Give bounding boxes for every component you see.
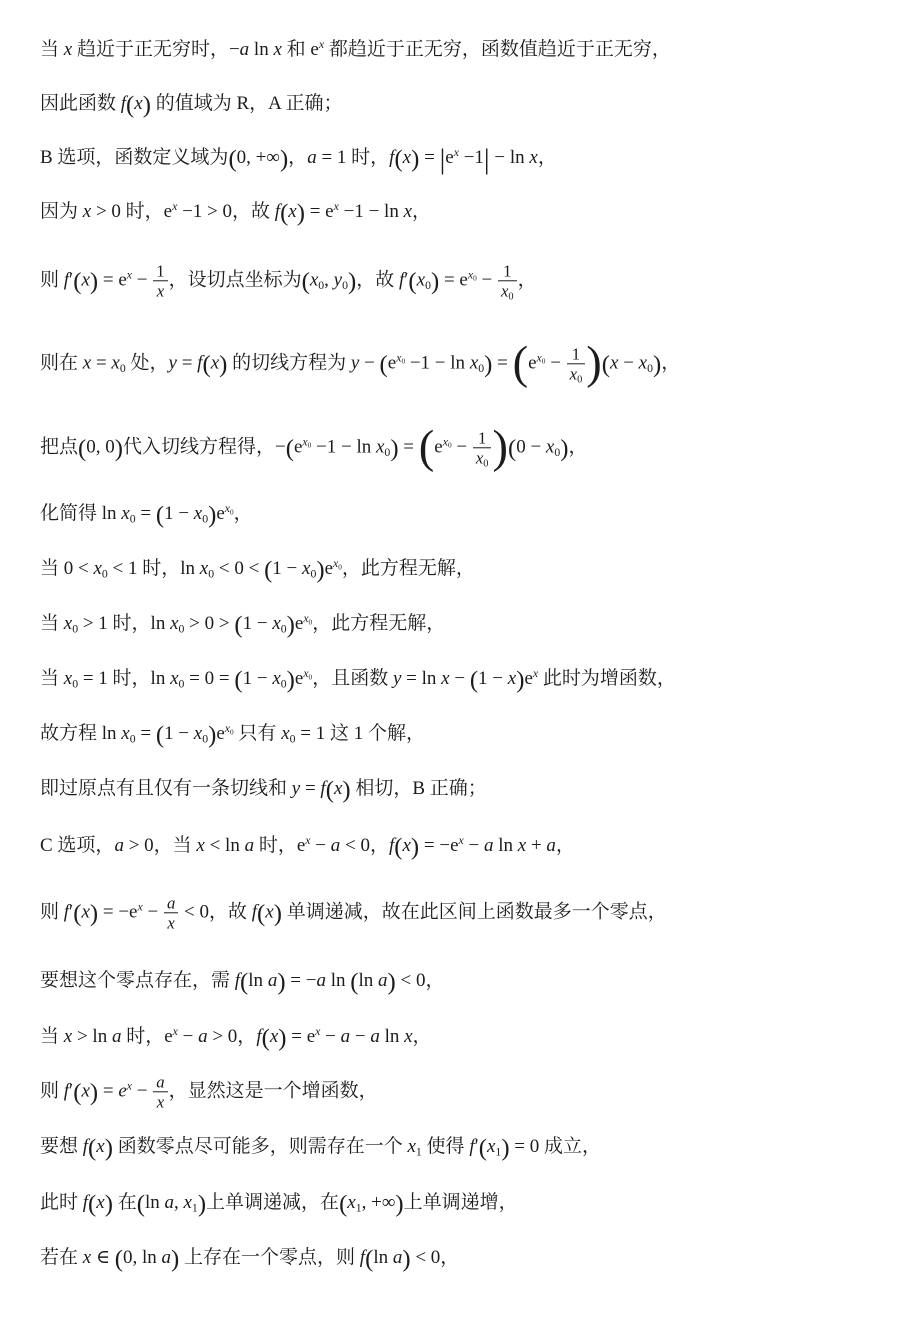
math-variable: a <box>240 39 250 60</box>
text-fragment: e <box>325 558 333 579</box>
text-fragment: < 0， <box>411 1247 460 1268</box>
superscript: x0 <box>225 722 234 735</box>
text-fragment: 当 <box>40 668 64 689</box>
math-variable: x <box>508 668 516 689</box>
math-variable: x <box>404 1026 412 1047</box>
paren: ) <box>395 1191 403 1218</box>
text-line: 因为 x > 0 时，ex −1 > 0，故 f(x) = ex −1 − ln… <box>40 200 431 224</box>
math-variable: x <box>96 1192 104 1213</box>
text-line: C 选项，a > 0，当 x < ln a 时，ex − a < 0，f(x) … <box>40 834 575 858</box>
text-line: 则 f′(x) = ex − 1x，设切点坐标为(x0, y0)，故 f′(x0… <box>40 261 537 300</box>
text-fragment: 的值域为 R，A 正确； <box>151 93 343 114</box>
math-variable: a <box>378 970 388 991</box>
text-fragment: 故方程 ln <box>40 723 121 744</box>
text-fragment: 0 <box>508 292 513 303</box>
math-variable: x <box>64 613 72 634</box>
math-variable: x <box>64 39 72 60</box>
math-variable: x <box>407 1136 415 1157</box>
paren: ( <box>380 351 388 378</box>
math-variable: x <box>64 1026 72 1047</box>
text-fragment: 时，e <box>121 1026 172 1047</box>
paren: ) <box>198 1191 206 1218</box>
text-line: 即过原点有且仅有一条切线和 y = f(x) 相切，B 正确； <box>40 777 487 801</box>
text-fragment: 则 <box>40 269 64 290</box>
text-fragment: ，此方程无解， <box>312 613 445 634</box>
text-fragment: = 1 这 1 个解， <box>296 723 425 744</box>
math-variable: x <box>272 613 280 634</box>
text-fragment: 相切，B 正确； <box>351 778 487 799</box>
text-fragment: 处， <box>126 352 169 373</box>
paren: ) <box>280 146 288 173</box>
math-variable: a <box>114 835 124 856</box>
math-variable: x <box>518 835 526 856</box>
math-variable: x <box>121 503 129 524</box>
text-line: 把点(0, 0)代入切线方程得，−(ex0 −1 − ln x0) = (ex0… <box>40 428 587 467</box>
text-fragment: 函数零点尽可能多，则需存在一个 <box>113 1136 408 1157</box>
text-fragment: + <box>526 835 546 856</box>
math-variable: x <box>402 835 410 856</box>
text-fragment: 0 <box>483 459 488 470</box>
math-variable: x <box>404 201 412 222</box>
text-fragment: < 0， <box>340 835 389 856</box>
math-variable: x <box>403 147 411 168</box>
text-fragment: − <box>450 668 470 689</box>
text-fragment: − <box>143 901 163 922</box>
text-fragment: 则 <box>40 1080 64 1101</box>
paren: ) <box>348 268 356 295</box>
math-variable: a <box>198 1026 208 1047</box>
text-fragment: = e <box>439 269 468 290</box>
text-fragment: − <box>452 436 472 457</box>
math-variable: y <box>334 269 342 290</box>
text-fragment: 因为 <box>40 201 83 222</box>
paren: ( <box>202 351 210 378</box>
paren: ) <box>287 667 295 694</box>
text-line: B 选项，函数定义域为(0, +∞)，a = 1 时，f(x) = |ex −1… <box>40 146 557 170</box>
text-fragment: 上单调递减，在 <box>206 1192 339 1213</box>
text-line: 当 0 < x0 < 1 时，ln x0 < 0 < (1 − x0)ex0，此… <box>40 557 475 581</box>
math-variable: a <box>164 1192 174 1213</box>
text-fragment: e <box>216 723 224 744</box>
math-variable: x <box>272 668 280 689</box>
text-fragment: 1 − <box>243 613 273 634</box>
paren: ) <box>431 268 439 295</box>
fraction-denominator: x <box>153 1093 167 1112</box>
math-variable: x <box>270 1026 278 1047</box>
text-fragment: = 0 成立， <box>510 1136 601 1157</box>
math-variable: x <box>83 1247 91 1268</box>
math-variable: x <box>281 723 289 744</box>
text-fragment: − <box>132 269 152 290</box>
text-line: 要想 f(x) 函数零点尽可能多，则需存在一个 x1 使得 f′(x1) = 0… <box>40 1135 601 1159</box>
fraction: 1x0 <box>498 261 517 300</box>
math-variable: x <box>310 269 318 290</box>
text-fragment: = <box>419 147 439 168</box>
fraction-numerator: 1 <box>498 261 517 281</box>
text-fragment: = <box>136 723 156 744</box>
text-fragment: e <box>445 147 453 168</box>
math-variable: x <box>157 282 164 301</box>
math-variable: y <box>169 352 177 373</box>
big-paren: ) <box>586 338 602 389</box>
paren: ( <box>394 146 402 173</box>
text-fragment: ， <box>234 503 253 524</box>
text-fragment: − <box>464 835 484 856</box>
math-variable: a <box>546 835 556 856</box>
text-fragment: − <box>311 835 331 856</box>
text-fragment: ，设切点坐标为 <box>169 269 302 290</box>
paren: ( <box>479 1135 487 1162</box>
paren: ) <box>90 900 98 927</box>
superscript: x0 <box>396 351 405 364</box>
text-fragment: ，显然这是一个增函数， <box>169 1080 378 1101</box>
text-fragment: ln <box>326 970 350 991</box>
text-fragment: ，此方程无解， <box>342 558 475 579</box>
superscript: x0 <box>303 667 312 680</box>
fraction-numerator: 1 <box>567 344 586 364</box>
math-variable: e <box>118 1080 126 1101</box>
text-line: 因此函数 f(x) 的值域为 R，A 正确； <box>40 92 343 116</box>
fraction-numerator: 1 <box>473 428 492 448</box>
text-fragment: ln <box>359 970 379 991</box>
superscript: x0 <box>302 435 311 448</box>
math-variable: a <box>167 893 175 912</box>
text-fragment: = <box>492 352 512 373</box>
text-fragment: ， <box>538 147 557 168</box>
math-variable: x <box>81 901 89 922</box>
text-fragment: = −e <box>98 901 137 922</box>
paren: ) <box>653 351 661 378</box>
text-fragment: 化简得 ln <box>40 503 121 524</box>
text-line: 则 f′(x) = ex − ax，显然这是一个增函数， <box>40 1072 378 1111</box>
text-fragment: 1 − <box>164 723 194 744</box>
math-variable: x <box>529 147 537 168</box>
text-fragment: = <box>177 352 197 373</box>
text-fragment: 要想这个零点存在，需 <box>40 970 235 991</box>
text-fragment: ln <box>249 39 273 60</box>
paren: ( <box>302 268 310 295</box>
superscript: x0 <box>443 435 452 448</box>
math-variable: x <box>96 1136 104 1157</box>
math-variable: y <box>292 778 300 799</box>
fraction-denominator: x0 <box>473 449 492 468</box>
math-variable: a <box>245 835 255 856</box>
text-fragment: 和 e <box>282 39 319 60</box>
text-fragment: 若在 <box>40 1247 83 1268</box>
paren: ) <box>287 612 295 639</box>
text-fragment: ln <box>493 835 517 856</box>
text-fragment: > 1 时，ln <box>78 613 170 634</box>
math-variable: a <box>316 970 326 991</box>
superscript: x0 <box>303 612 312 625</box>
math-variable: x <box>93 558 101 579</box>
text-fragment: −1 <box>459 147 484 168</box>
math-variable: x <box>441 668 449 689</box>
paren: ( <box>115 1246 123 1273</box>
math-variable: x <box>470 352 478 373</box>
text-fragment: 只有 <box>234 723 282 744</box>
paren: ( <box>286 435 294 462</box>
text-fragment: 上单调递增， <box>404 1192 518 1213</box>
subscript: 0 <box>483 459 488 470</box>
text-fragment: − <box>132 1080 152 1101</box>
math-variable: a <box>162 1247 172 1268</box>
math-variable: x <box>417 269 425 290</box>
text-fragment: = e <box>305 201 334 222</box>
text-fragment: > 0， <box>208 1026 257 1047</box>
paren: ) <box>388 969 396 996</box>
math-variable: x <box>64 668 72 689</box>
subscript: 0 <box>577 375 582 386</box>
text-fragment: −1 − ln <box>405 352 470 373</box>
text-fragment: > 0 > <box>184 613 234 634</box>
math-variable: x <box>121 723 129 744</box>
text-line: 则在 x = x0 处，y = f(x) 的切线方程为 y − (ex0 −1 … <box>40 344 680 383</box>
text-fragment: e <box>388 352 396 373</box>
text-fragment: 趋近于正无穷时，− <box>72 39 239 60</box>
text-fragment: 0, 0 <box>86 436 115 457</box>
text-line: 则 f′(x) = −ex − ax < 0，故 f(x) 单调递减，故在此区间… <box>40 893 667 932</box>
paren: ) <box>115 435 123 462</box>
text-fragment: − <box>545 352 565 373</box>
paren: ( <box>408 268 416 295</box>
text-fragment: 把点 <box>40 436 78 457</box>
text-fragment: = <box>98 1080 118 1101</box>
text-fragment: > 0 时，e <box>91 201 172 222</box>
text-fragment: ， <box>661 352 680 373</box>
text-fragment: ln <box>373 1247 393 1268</box>
text-line: 若在 x ∈ (0, ln a) 上存在一个零点，则 f(ln a) < 0， <box>40 1246 459 1270</box>
text-fragment: −1 − ln <box>311 436 376 457</box>
text-fragment: < 1 时，ln <box>108 558 200 579</box>
text-fragment: ln <box>145 1192 165 1213</box>
paren: ) <box>402 1246 410 1273</box>
paren: ) <box>342 777 350 804</box>
fraction-denominator: x <box>153 282 167 301</box>
text-fragment: , <box>324 269 334 290</box>
superscript: x0 <box>468 268 477 281</box>
math-variable: a <box>156 1072 164 1091</box>
text-fragment: e <box>524 668 532 689</box>
text-fragment: 此时为增函数， <box>538 668 676 689</box>
math-variable: x <box>347 1192 355 1213</box>
paren: ) <box>105 1191 113 1218</box>
text-fragment: 1 − <box>272 558 302 579</box>
paren: ( <box>156 722 164 749</box>
math-variable: x <box>134 93 142 114</box>
math-variable: x <box>194 503 202 524</box>
text-fragment: − ln <box>490 147 530 168</box>
fraction: 1x <box>153 261 167 300</box>
paren: ( <box>602 351 610 378</box>
text-fragment: < 0，故 <box>179 901 251 922</box>
math-variable: x <box>170 668 178 689</box>
text-fragment: − <box>178 1026 198 1047</box>
fraction-numerator: a <box>153 1072 167 1092</box>
text-fragment: 因此函数 <box>40 93 121 114</box>
text-line: 当 x > ln a 时，ex − a > 0，f(x) = ex − a − … <box>40 1025 432 1049</box>
text-line: 故方程 ln x0 = (1 − x0)ex0 只有 x0 = 1 这 1 个解… <box>40 722 425 746</box>
math-variable: x <box>111 352 119 373</box>
paren: ) <box>143 92 151 119</box>
text-fragment: 0, ln <box>123 1247 162 1268</box>
text-fragment: 上存在一个零点，则 <box>179 1247 360 1268</box>
text-fragment: 1 − <box>243 668 273 689</box>
text-fragment: − <box>618 352 638 373</box>
paren: ) <box>90 268 98 295</box>
math-solution-page: 当 x 趋近于正无穷时，−a ln x 和 ex 都趋近于正无穷，函数值趋近于正… <box>0 0 900 1340</box>
text-fragment: 时，e <box>254 835 305 856</box>
fraction: ax <box>164 893 178 932</box>
text-line: 化简得 ln x0 = (1 − x0)ex0， <box>40 502 253 526</box>
math-variable: x <box>81 1080 89 1101</box>
paren: ) <box>411 834 419 861</box>
text-fragment: 即过原点有且仅有一条切线和 <box>40 778 292 799</box>
big-paren: ( <box>419 422 435 473</box>
paren: ) <box>278 1025 286 1052</box>
text-fragment: ， <box>412 201 431 222</box>
text-fragment: ， <box>413 1026 432 1047</box>
text-fragment: 0 <box>577 375 582 386</box>
math-variable: x <box>570 365 577 384</box>
paren: ) <box>316 557 324 584</box>
text-fragment: 0, +∞ <box>237 147 280 168</box>
subscript: 0 <box>508 292 513 303</box>
fraction-denominator: x0 <box>567 365 586 384</box>
big-paren: ( <box>513 338 529 389</box>
math-variable: x <box>288 201 296 222</box>
text-line: 要想这个零点存在，需 f(ln a) = −a ln (ln a) < 0， <box>40 969 444 993</box>
text-fragment: ln <box>380 1026 404 1047</box>
text-fragment: 1 <box>572 344 580 363</box>
text-fragment: = 1 时， <box>317 147 389 168</box>
text-fragment: ∈ <box>91 1247 115 1268</box>
text-fragment: 1 <box>156 261 164 280</box>
paren: ) <box>105 1135 113 1162</box>
math-variable: x <box>170 613 178 634</box>
text-fragment: 要想 <box>40 1136 83 1157</box>
text-fragment: < 0， <box>396 970 445 991</box>
paren: ( <box>234 612 242 639</box>
paren: ) <box>90 1079 98 1106</box>
text-fragment: 当 <box>40 1026 64 1047</box>
text-fragment: 当 0 < <box>40 558 93 579</box>
text-fragment: > 0，当 <box>124 835 196 856</box>
text-fragment: e <box>216 503 224 524</box>
big-paren: ) <box>492 422 508 473</box>
paren: ( <box>156 502 164 529</box>
text-fragment: 此时 <box>40 1192 83 1213</box>
math-variable: x <box>157 1093 164 1112</box>
text-fragment: − <box>320 1026 340 1047</box>
text-fragment: = 1 时，ln <box>78 668 170 689</box>
paren: ) <box>277 969 285 996</box>
text-fragment: = <box>300 778 320 799</box>
paren: ( <box>350 969 358 996</box>
text-fragment: ， <box>556 835 575 856</box>
math-variable: x <box>194 723 202 744</box>
text-line: 当 x0 = 1 时，ln x0 = 0 = (1 − x0)ex0，且函数 y… <box>40 667 676 691</box>
fraction: 1x0 <box>567 344 586 383</box>
text-fragment: −1 − ln <box>339 201 404 222</box>
paren: ) <box>501 1135 509 1162</box>
text-fragment: , +∞ <box>362 1192 396 1213</box>
text-fragment: ，故 <box>356 269 399 290</box>
paren: ) <box>274 900 282 927</box>
text-fragment: 单调递减，故在此区间上函数最多一个零点， <box>282 901 667 922</box>
text-fragment: = <box>399 436 419 457</box>
text-fragment: < ln <box>205 835 245 856</box>
text-fragment: − <box>477 269 497 290</box>
text-fragment: 1 − <box>164 503 194 524</box>
text-fragment: ，且函数 <box>312 668 393 689</box>
paren: ) <box>390 435 398 462</box>
text-fragment: B 选项，函数定义域为 <box>40 147 228 168</box>
math-variable: a <box>331 835 341 856</box>
fraction-denominator: x <box>164 914 178 933</box>
fraction-denominator: x0 <box>498 282 517 301</box>
math-variable: x <box>83 201 91 222</box>
math-variable: a <box>307 147 317 168</box>
text-fragment: C 选项， <box>40 835 114 856</box>
paren: ( <box>137 1191 145 1218</box>
math-variable: x <box>639 352 647 373</box>
text-fragment: 0 − <box>516 436 546 457</box>
text-fragment: − <box>350 1026 370 1047</box>
text-fragment: = ln <box>401 668 441 689</box>
math-variable: x <box>211 352 219 373</box>
math-variable: x <box>81 269 89 290</box>
text-fragment: ， <box>288 147 307 168</box>
text-fragment: 则在 <box>40 352 83 373</box>
paren: ( <box>470 667 478 694</box>
text-fragment: 在 <box>113 1192 137 1213</box>
math-variable: x <box>167 914 174 933</box>
math-variable: x <box>273 39 281 60</box>
superscript: x0 <box>225 502 234 515</box>
text-fragment: 则 <box>40 901 64 922</box>
paren: ( <box>78 435 86 462</box>
math-variable: x <box>200 558 208 579</box>
text-fragment: ， <box>518 269 537 290</box>
text-fragment: 1 − <box>478 668 508 689</box>
text-fragment: − <box>359 352 379 373</box>
text-fragment: < 0 < <box>214 558 264 579</box>
math-variable: a <box>341 1026 351 1047</box>
text-fragment: 1 <box>503 261 511 280</box>
paren: ( <box>228 146 236 173</box>
math-variable: a <box>370 1026 380 1047</box>
superscript: x0 <box>333 557 342 570</box>
text-fragment: = e <box>287 1026 316 1047</box>
text-fragment: = 0 = <box>184 668 234 689</box>
text-fragment: −1 > 0，故 <box>177 201 274 222</box>
paren: ( <box>508 435 516 462</box>
fraction-numerator: 1 <box>153 261 167 281</box>
text-fragment: = e <box>98 269 127 290</box>
text-fragment: 当 <box>40 39 64 60</box>
math-variable: x <box>83 352 91 373</box>
text-fragment: 的切线方程为 <box>227 352 351 373</box>
text-line: 此时 f(x) 在(ln a, x1)上单调递减，在(x1, +∞)上单调递增， <box>40 1191 518 1215</box>
paren: ( <box>262 1025 270 1052</box>
text-fragment: 当 <box>40 613 64 634</box>
math-variable: a <box>268 970 278 991</box>
fraction: ax <box>153 1072 167 1111</box>
text-line: 当 x0 > 1 时，ln x0 > 0 > (1 − x0)ex0，此方程无解… <box>40 612 445 636</box>
text-fragment: 代入切线方程得，− <box>123 436 286 457</box>
fraction: 1x0 <box>473 428 492 467</box>
